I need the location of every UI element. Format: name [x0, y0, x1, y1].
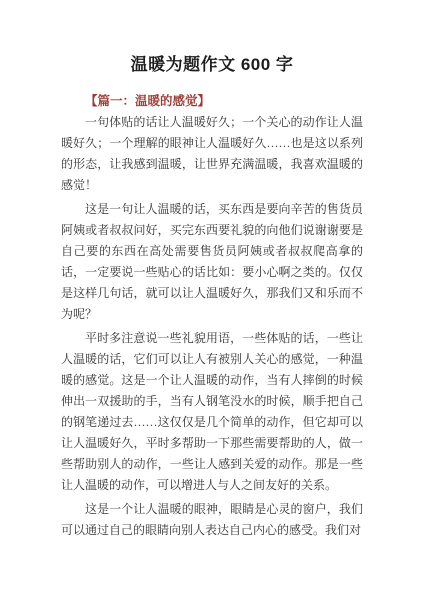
essay-line: 让人温暖好久，平时多帮助一下那些需要帮助的人，做一: [61, 433, 363, 454]
essay-line: 感觉！: [61, 175, 363, 196]
essay-title: 温暖为题作文 600 字: [61, 54, 363, 76]
document-page: 温暖为题作文 600 字 【篇一：温暖的感觉】 一句体贴的话让人温暖好久；一个关…: [0, 0, 424, 600]
essay-line: 一句体贴的话让人温暖好久；一个关心的动作让人温: [61, 112, 363, 133]
essay-line: 可以通过自己的眼睛向别人表达自己内心的感受。我们对: [61, 520, 363, 541]
essay-line: 自己要的东西在高处需要售货员阿姨或者叔叔爬高拿的: [61, 241, 363, 262]
essay-line: 暖的感觉。这是一个让人温暖的动作，当有人摔倒的时候: [61, 370, 363, 391]
essay-body: 一句体贴的话让人温暖好久；一个关心的动作让人温暖好久；一个理解的眼神让人温暖好久…: [61, 112, 363, 541]
essay-line: 是这样几句话，就可以让人温暖好久，那我们又和乐而不: [61, 283, 363, 304]
essay-line: 这是一个让人温暖的眼神，眼睛是心灵的窗户，我们: [61, 499, 363, 520]
section-heading: 【篇一：温暖的感觉】: [61, 91, 363, 112]
essay-paragraph-4: 这是一个让人温暖的眼神，眼睛是心灵的窗户，我们可以通过自己的眼睛向别人表达自己内…: [61, 499, 363, 541]
essay-line: 这是一句让人温暖的话，买东西是要向辛苦的售货员: [61, 199, 363, 220]
essay-line: 人温暖的话，它们可以让人有被别人关心的感觉，一种温: [61, 349, 363, 370]
essay-paragraph-1: 一句体贴的话让人温暖好久；一个关心的动作让人温暖好久；一个理解的眼神让人温暖好久…: [61, 112, 363, 196]
essay-line: 伸出一双援助的手，当有人钢笔没水的时候，顺手把自己: [61, 391, 363, 412]
essay-line: 些帮助别人的动作，一些让人感到关爱的动作。那是一些: [61, 454, 363, 475]
essay-line: 阿姨或者叔叔问好，买完东西要礼貌的向他们说谢谢要是: [61, 220, 363, 241]
essay-line: 话，一定要说一些贴心的话比如：要小心啊之类的。仅仅: [61, 262, 363, 283]
essay-paragraph-2: 这是一句让人温暖的话，买东西是要向辛苦的售货员阿姨或者叔叔问好，买完东西要礼貌的…: [61, 199, 363, 325]
essay-line: 为呢？: [61, 304, 363, 325]
essay-line: 的钢笔递过去……这仅仅是几个简单的动作，但它却可以: [61, 412, 363, 433]
document-content: 温暖为题作文 600 字 【篇一：温暖的感觉】 一句体贴的话让人温暖好久；一个关…: [0, 0, 424, 541]
essay-paragraph-3: 平时多注意说一些礼貌用语，一些体贴的话，一些让人温暖的话，它们可以让人有被别人关…: [61, 328, 363, 496]
essay-line: 让人温暖的动作，可以增进人与人之间友好的关系。: [61, 475, 363, 496]
essay-line: 的形态，让我感到温暖，让世界充满温暖，我喜欢温暖的: [61, 154, 363, 175]
essay-line: 平时多注意说一些礼貌用语，一些体贴的话，一些让: [61, 328, 363, 349]
essay-line: 暖好久；一个理解的眼神让人温暖好久……也是这以系列: [61, 133, 363, 154]
